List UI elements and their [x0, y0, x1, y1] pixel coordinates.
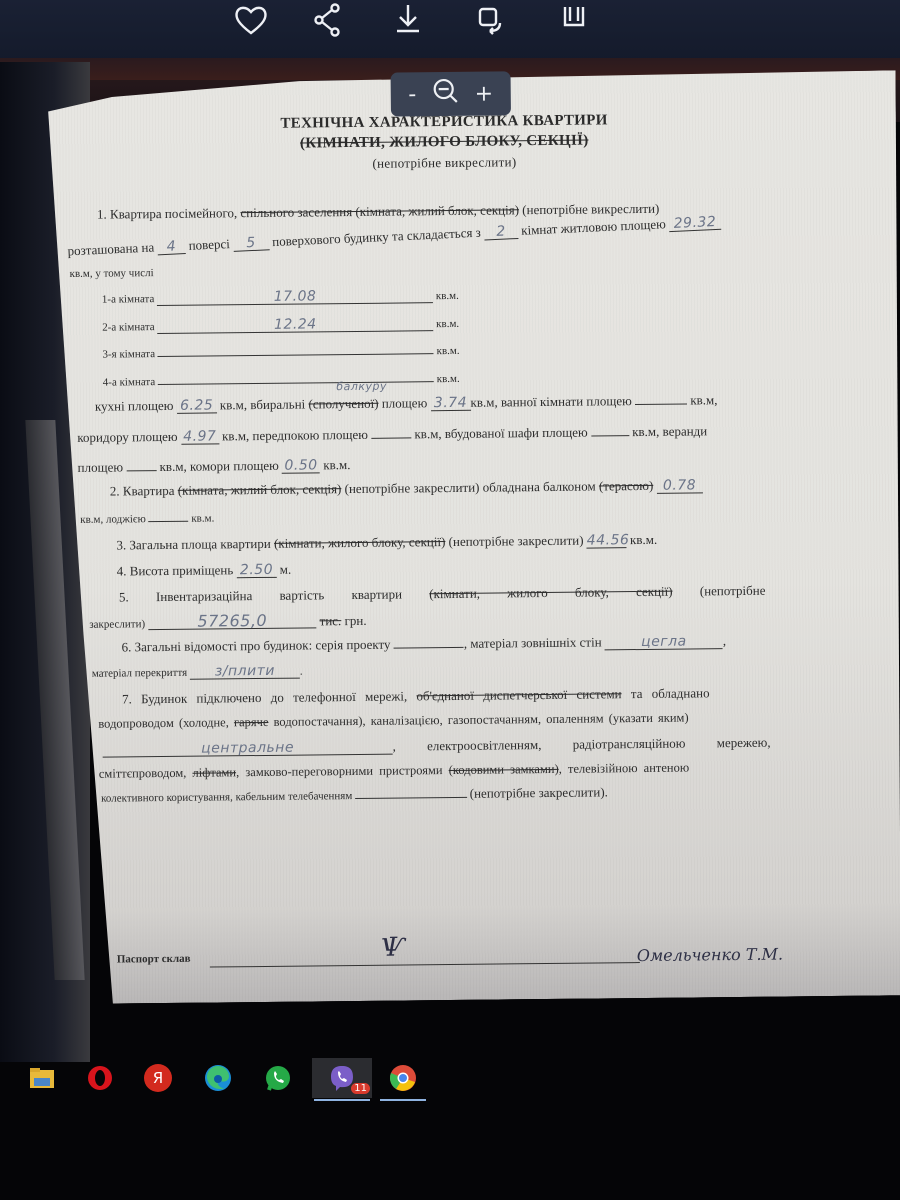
ceiling-height-value: 2.50: [236, 563, 276, 578]
taskbar-chrome[interactable]: [378, 1058, 428, 1098]
heating-type-value: центральне: [103, 740, 393, 758]
corridor-area-value: 4.97: [181, 429, 219, 444]
taskbar-viber[interactable]: 11: [312, 1058, 372, 1098]
active-indicator: [380, 1099, 426, 1101]
wc-area-value: 3.74: [430, 396, 470, 411]
floors-total-value: 5: [233, 235, 270, 252]
room-unit: кв.м.: [437, 373, 460, 385]
zoom-in-button[interactable]: +: [475, 81, 494, 106]
p1-line3: кв.м, у тому числі: [70, 267, 154, 280]
taskbar-file-explorer[interactable]: [20, 1058, 64, 1098]
room-label: 3-я кімната: [102, 348, 155, 361]
room-area-value: [158, 381, 434, 385]
room-label: 4-а кімната: [103, 376, 156, 389]
areas-line3: площею кв.м, комори площею 0.50 кв.м.: [78, 457, 351, 476]
cable-tv-value: [355, 797, 467, 799]
veranda-area-value: [126, 470, 156, 471]
taskbar-edge[interactable]: [196, 1058, 240, 1098]
footer-label: Паспорт склав: [117, 953, 191, 966]
taskbar-whatsapp[interactable]: [256, 1058, 300, 1098]
room-label: 1-а кімната: [102, 293, 155, 306]
loggia-area-value: [149, 521, 189, 522]
wall-material-value: цегла: [605, 634, 723, 650]
floor-material-value: з/плити: [190, 664, 300, 680]
room-area-value: 12.24: [157, 316, 433, 334]
wc-note: балкуру: [336, 380, 387, 394]
room-area-value: [158, 353, 434, 357]
room-label: 2-а кімната: [102, 321, 155, 334]
unread-badge: 11: [351, 1083, 370, 1094]
yandex-icon: Я: [144, 1064, 172, 1092]
storage-area-value: 0.50: [282, 458, 320, 473]
hall-area-value: [371, 437, 411, 438]
living-area-value: 29.32: [669, 215, 722, 232]
opera-icon: [86, 1064, 114, 1092]
taskbar: Я 11: [0, 1040, 900, 1110]
floor-value: 4: [157, 239, 186, 255]
p5-line2: закреслити) 57265,0 тис. грн.: [89, 613, 366, 632]
project-series-value: [394, 647, 464, 649]
taskbar-opera[interactable]: [78, 1058, 122, 1098]
edge-icon: [203, 1063, 233, 1093]
room-unit: кв.м.: [436, 318, 459, 330]
zoom-control: - +: [391, 71, 511, 116]
active-indicator: [314, 1099, 370, 1101]
room-unit: кв.м.: [436, 290, 459, 302]
rooms-count-value: 2: [484, 224, 519, 241]
p2-line2: кв.м, лоджією кв.м.: [80, 512, 214, 525]
room-unit: кв.м.: [437, 345, 460, 357]
balcony-area-value: 0.78: [656, 478, 702, 493]
document-view: ТЕХНІЧНА ХАРАКТЕРИСТИКА КВАРТИРИ (КІМНАТ…: [0, 0, 900, 1005]
kitchen-area-value: 6.25: [177, 398, 217, 413]
p6-line2: матеріал перекриття з/плити.: [92, 664, 303, 681]
total-area-value: 44.56: [587, 533, 627, 548]
bath-area-value: [635, 404, 687, 406]
chrome-icon: [388, 1063, 418, 1093]
zoom-icon[interactable]: [431, 77, 459, 111]
zoom-out-button[interactable]: -: [408, 82, 416, 107]
inventory-value: 57265,0: [148, 613, 316, 630]
folder-icon: [28, 1066, 56, 1090]
closet-area-value: [591, 435, 629, 436]
signature-mark: Ѱ: [381, 932, 406, 962]
taskbar-yandex[interactable]: Я: [136, 1058, 180, 1098]
whatsapp-icon: [263, 1063, 293, 1093]
p4-line: 4. Висота приміщень 2.50 м.: [117, 562, 292, 580]
signature-name: Омельченко Т.М.: [637, 945, 783, 966]
room-area-value: 17.08: [157, 288, 433, 306]
